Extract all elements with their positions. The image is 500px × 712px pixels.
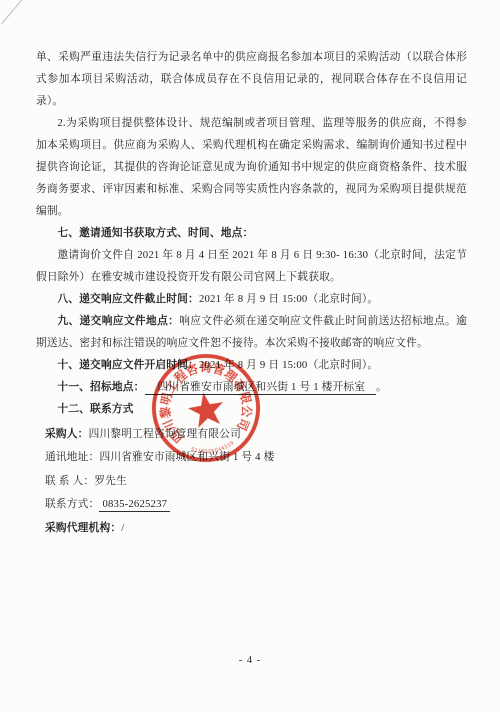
scan-artifact-line xyxy=(1,0,22,24)
bid-location-underlined: 四川省雅安市雨城区和兴街 1 号 1 楼开标室 xyxy=(145,381,377,395)
section-7-body: 邀请询价文件自 2021 年 8 月 4 日至 2021 年 8 月 6 日 9… xyxy=(36,244,467,288)
para-item-2: 2.为采购项目提供整体设计、规范编制或者项目管理、监理等服务的供应商，不得参加本… xyxy=(36,112,467,222)
address-label: 通讯地址： xyxy=(45,451,99,463)
section-10-value: 2021 年 8 月 9 日 15:00（北京时间）。 xyxy=(199,359,378,371)
section-10: 十、递交响应文件开启时间：2021 年 8 月 9 日 15:00（北京时间）。 xyxy=(36,354,467,376)
section-11-label: 十一、招标地点： xyxy=(57,381,144,393)
section-7-heading: 七、邀请通知书获取方式、时间、地点： xyxy=(36,222,467,244)
document-body: 单、采购严重违法失信行为记录名单中的供应商报名参加本项目的采购活动（以联合体形式… xyxy=(36,46,467,540)
agency-value: / xyxy=(121,522,124,534)
section-9-label: 九、递交响应文件地点： xyxy=(57,315,179,327)
page-number: - 4 - xyxy=(0,655,500,666)
person-value: 罗先生 xyxy=(94,475,127,487)
contact-buyer: 采购人：四川黎明工程咨询管理有限公司 xyxy=(45,423,467,446)
section-10-label: 十、递交响应文件开启时间： xyxy=(57,359,199,371)
para-blacklist-continuation: 单、采购严重违法失信行为记录名单中的供应商报名参加本项目的采购活动（以联合体形式… xyxy=(36,46,467,112)
section-8: 八、递交响应文件截止时间：2021 年 8 月 9 日 15:00（北京时间）。 xyxy=(36,288,467,310)
contact-phone: 联系方式：0835-2625237 xyxy=(45,493,467,516)
buyer-label: 采购人： xyxy=(45,428,89,440)
contact-person: 联 系 人：罗先生 xyxy=(45,470,467,493)
person-label: 联 系 人： xyxy=(45,475,94,487)
contact-address: 通讯地址：四川省雅安市雨城区和兴街 1 号 4 楼 xyxy=(45,446,467,469)
buyer-value: 四川黎明工程咨询管理有限公司 xyxy=(89,428,241,440)
section-11: 十一、招标地点：四川省雅安市雨城区和兴街 1 号 1 楼开标室。 xyxy=(36,376,467,398)
phone-number-underlined: 0835-2625237 xyxy=(99,498,170,512)
section-11-suffix: 。 xyxy=(376,381,387,393)
document-page: 单、采购严重违法失信行为记录名单中的供应商报名参加本项目的采购活动（以联合体形式… xyxy=(0,0,500,712)
contact-agency: 采购代理机构：/ xyxy=(45,517,467,540)
address-value: 四川省雅安市雨城区和兴街 1 号 4 楼 xyxy=(99,451,274,463)
agency-label: 采购代理机构： xyxy=(45,522,121,534)
phone-label: 联系方式： xyxy=(45,498,99,510)
contact-block: 采购人：四川黎明工程咨询管理有限公司 通讯地址：四川省雅安市雨城区和兴街 1 号… xyxy=(45,423,467,540)
section-9: 九、递交响应文件地点：响应文件必须在递交响应文件截止时间前送达招标地点。逾期送达… xyxy=(36,310,467,354)
section-8-label: 八、递交响应文件截止时间： xyxy=(57,293,199,305)
section-8-value: 2021 年 8 月 9 日 15:00（北京时间）。 xyxy=(199,293,378,305)
section-12-heading: 十二、联系方式 xyxy=(36,398,467,420)
